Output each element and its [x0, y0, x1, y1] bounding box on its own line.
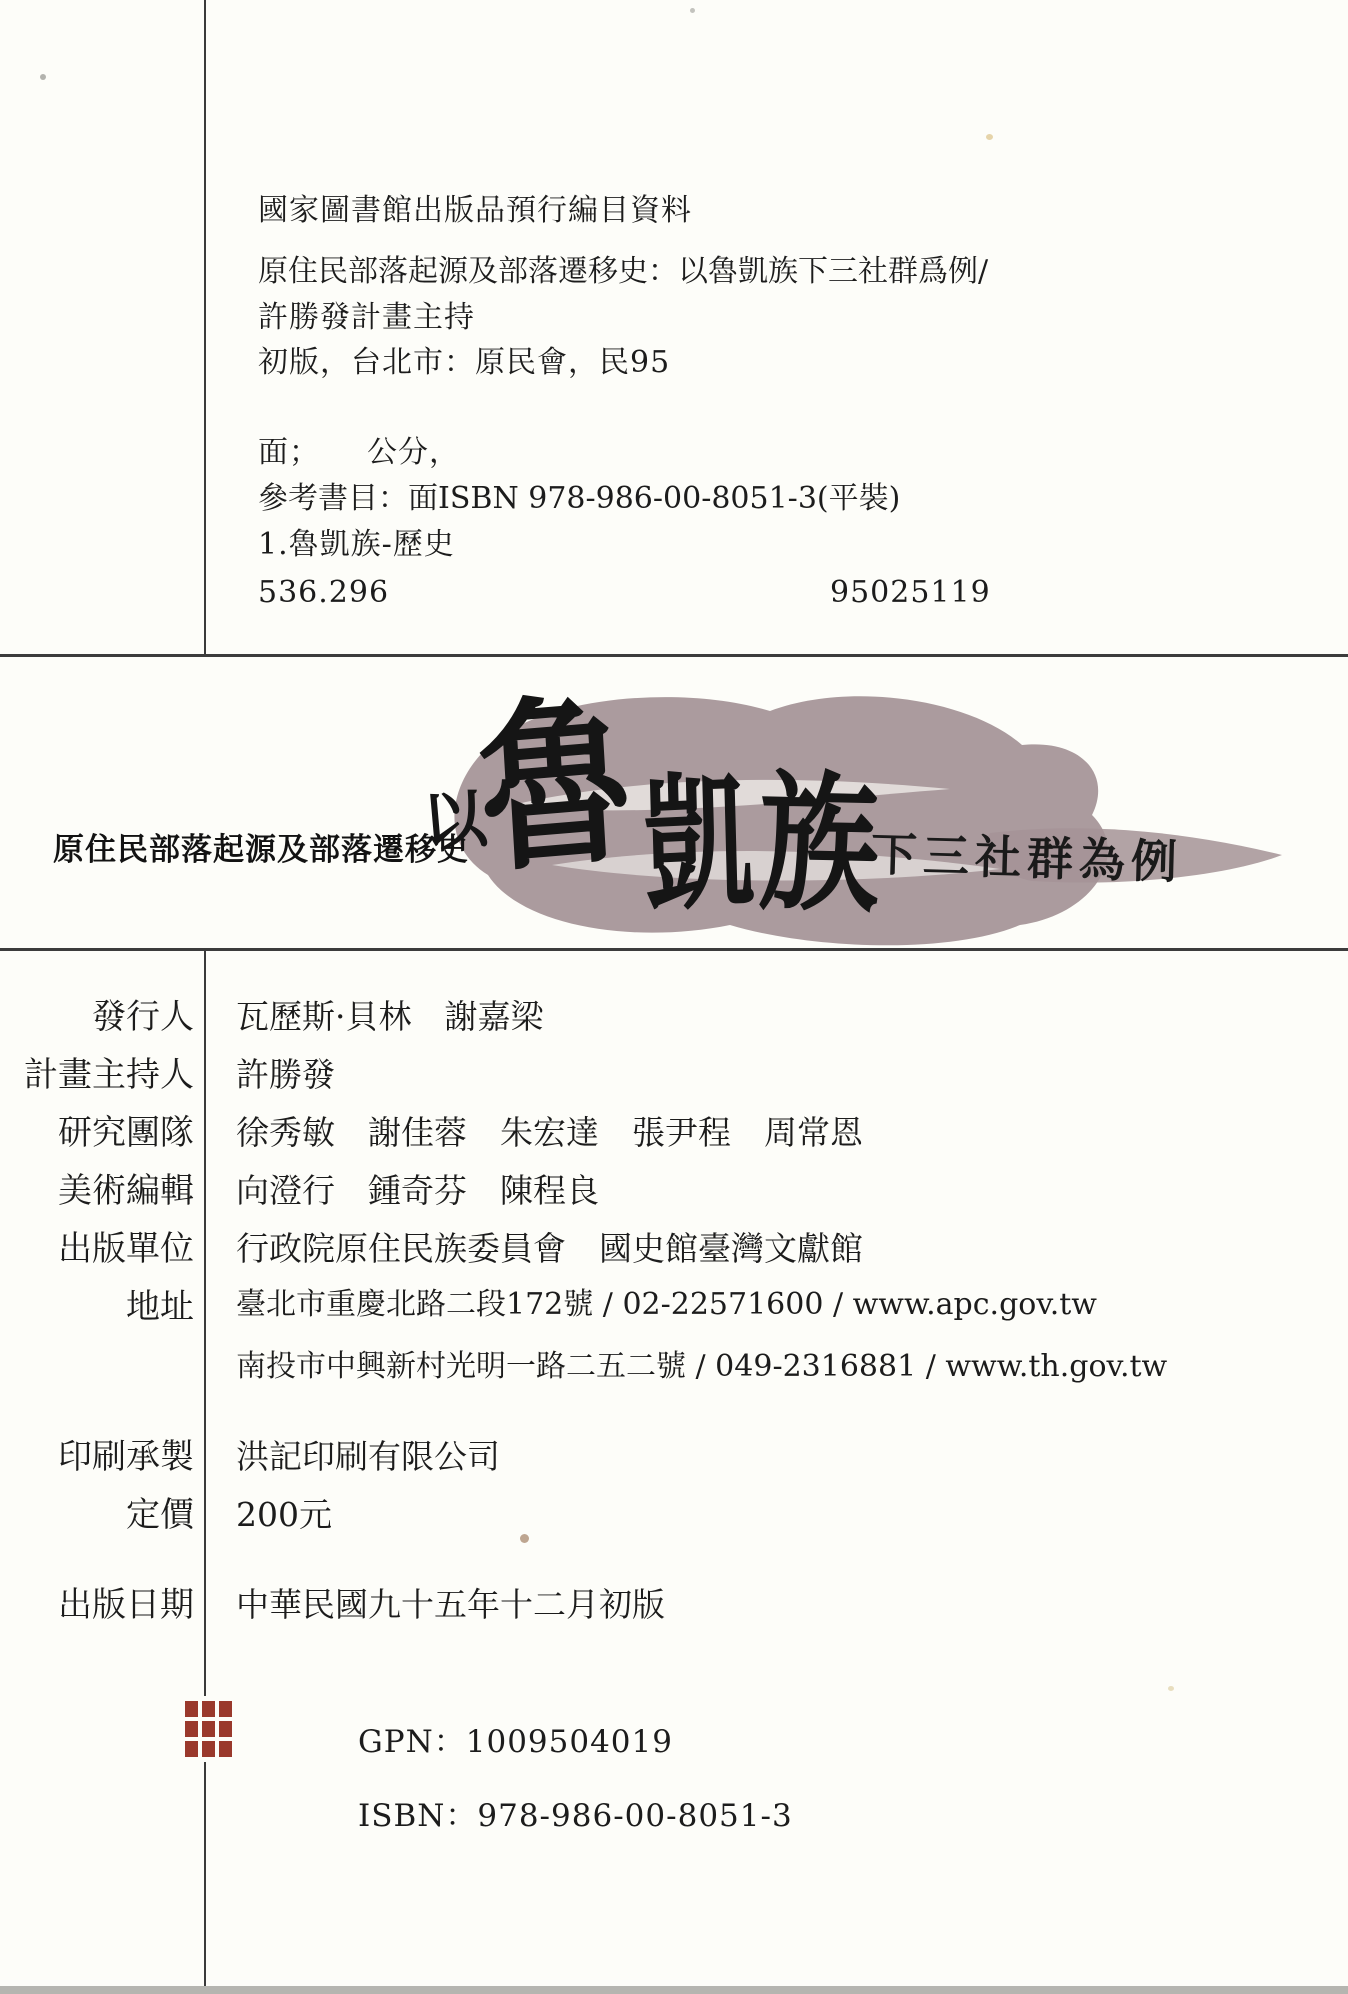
- info-label: 美術編輯: [8, 1174, 194, 1208]
- red-grid-icon: [181, 1696, 235, 1762]
- cip-collation-line: 面； 公分，: [258, 438, 460, 468]
- cip-ref-line: 參考書目：面ISBN 978-986-00-8051-3(平裝): [258, 484, 900, 514]
- scan-speck: [1168, 1686, 1174, 1691]
- info-value: 徐秀敏 謝佳蓉 朱宏達 張尹程 周常恩: [236, 1116, 863, 1149]
- info-value: 瓦歷斯·貝林 謝嘉梁: [236, 1000, 544, 1033]
- cip-edition-line: 初版，台北市：原民會，民95: [258, 348, 670, 378]
- info-label: 地址: [8, 1290, 194, 1324]
- info-label: 研究團隊: [8, 1116, 194, 1150]
- info-value: 行政院原住民族委員會 國史館臺灣文獻館: [236, 1232, 863, 1265]
- info-value: 許勝發: [236, 1058, 335, 1091]
- title-calligraphy-char-1: 魯: [474, 687, 637, 881]
- info-label: 印刷承製: [8, 1440, 194, 1474]
- red-grid-cells: [185, 1701, 232, 1757]
- series-title: 原住民部落起源及部落遷移史: [53, 824, 469, 869]
- cip-title-line: 原住民部落起源及部落遷移史：以魯凱族下三社群爲例/: [258, 257, 988, 287]
- scan-speck: [520, 1534, 529, 1543]
- title-suffix: 下三社群為例: [870, 818, 1184, 892]
- info-left-rule: [204, 951, 206, 1989]
- isbn-code: ISBN：978-986-00-8051-3: [358, 1790, 793, 1835]
- title-calligraphy-char-2: 凱: [642, 767, 755, 920]
- colophon-page: 國家圖書館出版品預行編目資料 原住民部落起源及部落遷移史：以魯凱族下三社群爲例/…: [0, 0, 1348, 1994]
- cip-record-number: 95025119: [830, 578, 991, 608]
- info-value: 向澄行 鍾奇芬 陳程良: [236, 1174, 599, 1207]
- divider-top: [0, 654, 1348, 657]
- scan-bottom-edge: [0, 1986, 1348, 1994]
- cip-host-line: 許勝發計畫主持: [258, 303, 475, 333]
- scan-speck: [40, 74, 46, 80]
- info-value: 臺北市重慶北路二段172號 / 02-22571600 / www.apc.go…: [236, 1290, 1097, 1320]
- info-value: 南投市中興新村光明一路二五二號 / 049-2316881 / www.th.g…: [236, 1352, 1167, 1382]
- gpn-code: GPN：1009504019: [358, 1716, 673, 1761]
- scan-speck: [986, 134, 993, 140]
- info-value: 中華民國九十五年十二月初版: [236, 1588, 665, 1621]
- cip-class-number: 536.296: [258, 578, 389, 608]
- info-label: 發行人: [8, 1000, 194, 1034]
- cip-subject-line: 1.魯凱族-歷史: [258, 530, 455, 560]
- cip-left-rule: [204, 0, 206, 655]
- info-label: 定價: [8, 1498, 194, 1532]
- info-value: 200元: [236, 1498, 332, 1531]
- info-value: 洪記印刷有限公司: [236, 1440, 500, 1473]
- info-label: 計畫主持人: [8, 1058, 194, 1092]
- info-label: 出版日期: [8, 1588, 194, 1622]
- info-label: 出版單位: [8, 1232, 194, 1266]
- divider-middle: [0, 948, 1348, 951]
- title-calligraphy-char-3: 族: [758, 768, 880, 921]
- scan-speck: [690, 8, 695, 13]
- cip-header: 國家圖書館出版品預行編目資料: [258, 196, 692, 226]
